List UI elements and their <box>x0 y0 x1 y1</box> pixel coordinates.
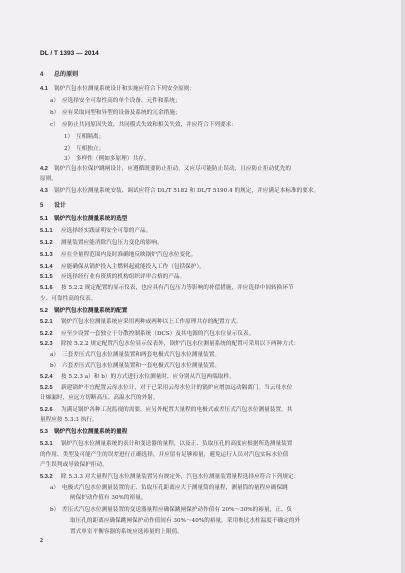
clause-5-3-1-cont: 产生误判或导致保护拒动。 <box>40 462 108 469</box>
clause-5-1-1: 5.1.1应选择经实践证明安全可靠的产品。 <box>40 228 151 235</box>
page-edge <box>401 0 405 573</box>
clause-5-2-4: 5.2.4按 5.2.3 a）和 b）的方式进行水位测量时，应分别从汽包两端取样… <box>40 374 235 381</box>
clause-5-1-5: 5.1.5应选择经行业有资质的机构组织评审合格的产品。 <box>40 274 185 281</box>
list-item: b）六套差压式汽包水位测量装置和一套电极式汽包水位测量装置。 <box>50 363 220 370</box>
clause-5-2-6-cont: 量程应按 5.3.3 执行。 <box>40 417 98 424</box>
clause-5-1-4: 5.1.4应能确保从锅炉投入主燃料起就能投入工作（包括保护）。 <box>40 264 205 271</box>
list-item: a）三套差压式汽包水位测量装置和两套电极式汽包水位测量装置。 <box>50 352 220 359</box>
list-item: c）应防止共同原因失效、共同模式失效和相关失效，并应符合下列要求： <box>50 122 237 129</box>
subsection-heading-5-3: 5.3锅炉汽包水位测量系统的量程 <box>40 429 127 436</box>
list-item: b）差压式汽包水位测量装置的变送器量程应确保跳闸保护动作值有 20%～30%的裕… <box>50 507 292 514</box>
sub-list-item: 1）互相隔离； <box>64 134 104 141</box>
sub-list-item: 3）多样性（例如多原理）共存。 <box>64 156 149 163</box>
clause-5-2-5-cont: 计爆漏时，应远方切断高压、高温水汽的外射。 <box>40 395 159 402</box>
clause-5-3-1-cont: 的作用、类型及可能产生的误差进行正确选择，并应留有足够裕量，避免运行人员对汽包实… <box>40 452 288 459</box>
list-item-cont: 置式单室平衡容器的系统应选裕量的上限值。 <box>70 529 183 536</box>
subsection-heading-5-2: 5.2锅炉汽包水位测量系统的配置 <box>40 308 127 315</box>
document-page: DL / T 1393 — 2014 4总的原则 4.1锅炉汽包水位测量系统设计… <box>0 0 405 573</box>
section-heading-5: 5设计 <box>40 202 66 210</box>
list-item-cont: 取压孔的距离应确保跳闸保护动作值间有 30%～40%的裕量。采用参比水柱温度不确… <box>70 518 300 525</box>
clause-5-1-6: 5.1.6按 5.2.2 规定配置的显示仪表，也应具有汽包压力等影响的补偿措施，… <box>40 285 294 292</box>
list-item: a）应选择安全可靠性高的单个设备、元件和系统； <box>50 98 181 105</box>
clause-4-2: 4.2锅炉汽包水位保护跳闸设计，应遵循既要防止拒动，又应尽可能防止误动，且应防止… <box>40 166 291 173</box>
clause-5-2-1: 5.2.1锅炉汽包水位测量系统应采用两种或两种以上工作原理共存的配置方式。 <box>40 319 242 326</box>
list-item-cont: 闸保护动作值有 30%的裕量。 <box>70 495 147 502</box>
section-heading-4: 4总的原则 <box>40 71 78 79</box>
sub-list-item: 2）互相独立； <box>64 146 104 153</box>
clause-4-1: 4.1锅炉汽包水位测量系统设计和实施应符合下列安全原则： <box>40 86 195 93</box>
subsection-heading-5-1: 5.1锅炉汽包水位测量系统的选型 <box>40 216 127 223</box>
clause-5-1-6-cont: 少、可靠性高的仪表。 <box>40 296 96 303</box>
list-item: a）电极式汽包水位测量装置的正、负取压孔距离应大于测量筒的量程，测量筒的量程应确… <box>50 485 288 492</box>
clause-5-1-3: 5.1.3应在全量程范围内及时准确地反映锅炉汽包水位变化。 <box>40 252 196 259</box>
clause-5-2-5: 5.2.5新建锅炉不宜配置云母水位计，对于已采用云母水位计的锅炉应增加远动隔离门… <box>40 385 292 392</box>
clause-4-3: 4.3锅炉汽包水位测量系统安装、调试应符合 DL/T 5182 和 DL/T 5… <box>40 188 319 195</box>
clause-5-2-6: 5.2.6为满足锅炉各种工况监视的需要，应另外配置大量程的电极式或差压式汽包水位… <box>40 407 292 414</box>
doc-header-code: DL / T 1393 — 2014 <box>40 50 99 57</box>
clause-4-2-cont: 原则。 <box>40 176 57 183</box>
clause-5-2-2: 5.2.2应至少设置一套独立于分散控制系统（DCS）及其电源的汽包水位显示仪表。 <box>40 331 254 338</box>
list-item: b）应有采取同型和异型的设备及系统的冗余措施； <box>50 110 181 117</box>
clause-5-1-2: 5.1.2测量装置应能消除汽包压力变化的影响。 <box>40 240 163 247</box>
page-number: 2 <box>40 538 43 544</box>
clause-5-3-1: 5.3.1锅炉汽包水位测量系统的表计和变送器的量程，以及正、负取压孔的高度应根据… <box>40 441 292 448</box>
clause-5-3-2: 5.3.2除 5.3.3 对大量程汽包水位测量装置另有规定外，汽包水位测量装置量… <box>40 474 299 481</box>
clause-5-2-3: 5.2.3除按 5.2.2 规定配置汽包水位显示仪表外，锅炉汽包水位测量系统的配… <box>40 341 299 348</box>
